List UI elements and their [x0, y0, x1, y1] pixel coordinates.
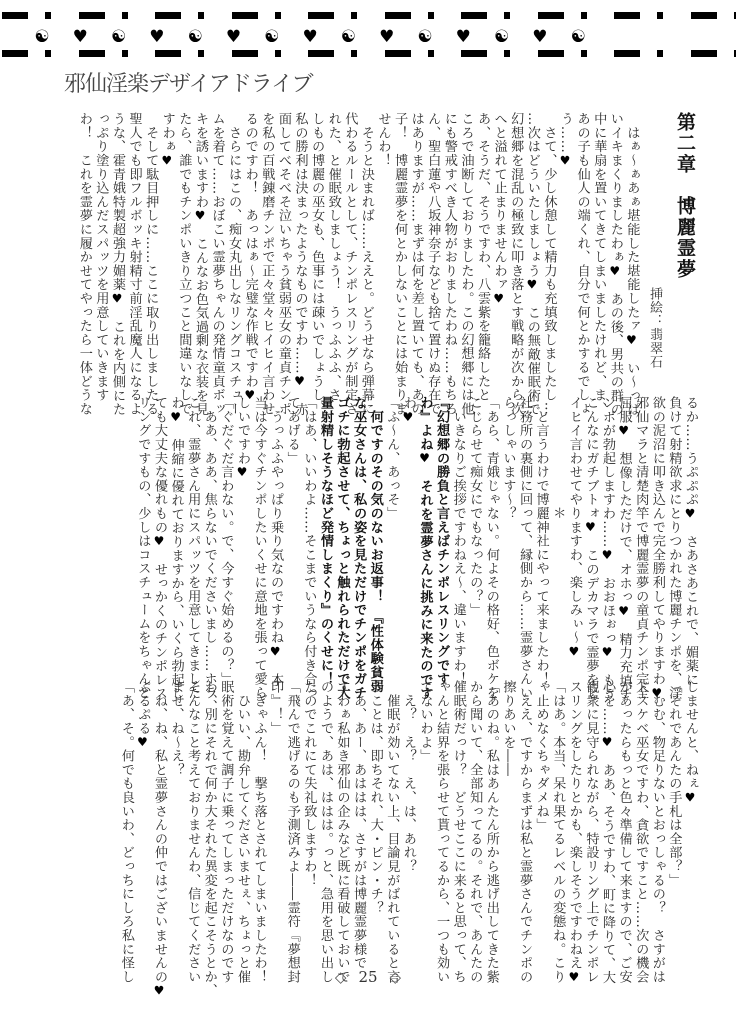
heart-icon: ♥ [525, 278, 539, 293]
dash-segment [2, 50, 28, 57]
dash-segment [2, 12, 28, 19]
heart-icon: ♥ [608, 264, 622, 279]
text-column: 観衆に見守られながら、特設リング上でチンポレ [582, 680, 599, 938]
text-column: ね、ね、私と霊夢さんの仲ではございませんの♥ [150, 680, 167, 938]
text-column: こんなにガチブトォ♥ このデカマラで霊夢をヒ [582, 396, 599, 654]
dash-segment [538, 12, 564, 19]
text-column: ぷるぷる♥ [134, 680, 151, 938]
heart-icon: ♥ [268, 644, 282, 659]
page-footer: ◇25◇ [0, 968, 736, 986]
dash-segment [538, 50, 564, 57]
text-column: 眠術を覚えて調子に乗ってしまっただけなのです [217, 680, 234, 938]
text-column: あ、そうだ、そうですわ、八雲紫を籠絡したと [473, 112, 490, 370]
heart-icon: ♥ [169, 410, 183, 425]
text-column: そうと決まれば……ええと。どうせなら弾幕に [357, 112, 374, 370]
text-column: へと溢れて止まりませんわァ♥ [490, 112, 507, 370]
dash-segment [461, 50, 487, 57]
text-column: 「あら、青娥じゃない。何よその格好、色ボケを [482, 396, 499, 654]
text-column: うっふふやっぱり乗り気なのですわね♥ 本 [267, 396, 284, 654]
text-column: スリングをしたりとかも、楽しそうですわねえ♥ [565, 680, 582, 938]
text-column: ええ、ですからまずは私と霊夢さんでチンポの [515, 680, 532, 938]
text-column: むむ、物足りないとおっしゃるの？ さすがは [648, 680, 665, 938]
text-column: 『幻想郷の勝負と言えばチンポレスリングです [433, 396, 450, 654]
text-column: しませんと、ねぇ♥ [681, 680, 698, 938]
text-column: 印』！」 [267, 680, 284, 938]
text-tier-top: 第二章 博麗霊夢 挿絵：翡翠石 はぁ～ぁあぁ堪能した堪能したァ♥ い～っぱいイキ… [75, 112, 698, 370]
dot-segment [45, 50, 51, 57]
text-column: これ、霊夢さん用にスパッツを用意してきました [184, 396, 201, 654]
heart-icon: ♥ [617, 424, 631, 439]
text-column: ませ、ね～え？ [167, 680, 184, 938]
section-separator: ＊ [549, 396, 566, 654]
chapter-heading: 第二章 博麗霊夢 [672, 112, 698, 370]
dot-segment [45, 12, 51, 19]
dot-segment [198, 12, 204, 19]
text-column: しもの博麗の巫女も、色事には疎いでしょうし、 [308, 112, 325, 370]
heart-icon: ♥ [558, 153, 572, 168]
text-column: があったらもっと色々準備して来ますので、ご安 [615, 680, 632, 938]
yin-yang-icon: ☯ [569, 26, 587, 48]
text-column: すわぁ私如き邪仙の企みなど既に看破しておいで [333, 680, 350, 938]
text-column: ゃ止めなくちゃダメね」 [532, 680, 549, 938]
text-column: 面してべそべそ泣いちゃう貧弱巫女の童貞チンポ [274, 112, 291, 370]
dot-segment [657, 50, 663, 57]
text-column: ても大丈夫な優れもの♥ せっかくのチンポレス [150, 396, 167, 654]
text-column: ころで油断しておりましたわ。この幻想郷には他 [457, 112, 474, 370]
heart-icon: ♥ [110, 291, 124, 306]
text-column: 「ぐだぐだ言わない。で、今すぐ始めるの？」 [217, 396, 234, 654]
heart-icon: ♥ [378, 26, 396, 48]
text-column: 量射精しそうなほど発情しまくり』のくせに！ [316, 396, 333, 654]
heart-icon: ♥ [600, 548, 614, 563]
text-column: うことは、即ちそれ、大・ピン・チ？ [366, 680, 383, 938]
text-column: う……♥ [556, 112, 573, 370]
text-column: ああ、ああ、焦らないでくださいまし……ホラ、 [200, 396, 217, 654]
text-column: わ♥ 伸縮に優れておりますから、いくら勃起し [167, 396, 184, 654]
text-column: ムを着て……おぼこい霊夢ちゃんの発情童貞ボッ [208, 112, 225, 370]
heart-icon: ♥ [600, 645, 614, 660]
heart-icon: ♥ [301, 26, 319, 48]
text-column: にも警戒すべき人物がおりましたわね……もちろ [440, 112, 457, 370]
text-column: こじらせて痴女にでもなったの？」 [466, 396, 483, 654]
text-column: 「はあ。本当、呆れ果てるレベルの変態ね。こり [549, 680, 566, 938]
text-column: さて、少し休憩して精力も充填致しましたし… [540, 112, 557, 370]
dash-row-top [0, 12, 736, 19]
text-column: な巫女さんは、私の姿を見ただけでチンポをガチ [350, 396, 367, 654]
dot-segment [122, 12, 128, 19]
text-column: すわぁ♥ [158, 112, 175, 370]
text-column: 「あのね。私はあんたん所から逃げ出してきた紫 [482, 680, 499, 938]
text-column: あ、あー、あははは、さすがは博麗霊夢様で [350, 680, 367, 938]
dash-segment [461, 12, 487, 19]
text-column: 幻想郷を混乱の極致に叩き落とす戦略が次から次 [507, 112, 524, 370]
text-column: 「ふ～ん、あっそ」 [383, 396, 400, 654]
text-column: 催眠が効いてない上、目論見がばれていると言 [383, 680, 400, 938]
text-column: ゃんと結界を張らせて貰ってるから、一つも効い [433, 680, 450, 938]
dash-segment [614, 50, 640, 57]
dot-segment [657, 12, 663, 19]
yin-yang-icon: ☯ [186, 26, 204, 48]
heart-icon: ♥ [492, 291, 506, 306]
dash-segment [308, 12, 334, 19]
heart-icon: ♥ [418, 451, 432, 466]
heart-icon: ♥ [617, 604, 631, 619]
heart-icon: ♥ [683, 506, 697, 521]
dash-segment [79, 50, 105, 57]
text-column: っぷり塗り込んだスパッツを用意していきます [92, 112, 109, 370]
heart-icon: ♥ [567, 644, 581, 659]
text-column: れた、と催眠致しましょう！ うっふふふ、さ [324, 112, 341, 370]
dash-segment [691, 12, 717, 19]
text-column: から聞いて、全部知ってるの。それで、あんたの [466, 680, 483, 938]
dash-segment [232, 50, 258, 57]
text-column: 負けて射精欲求にとりつかれた博麗チンポを、淫 [665, 396, 682, 654]
dash-row-bottom [0, 50, 736, 57]
text-column: そして駄目押しに……ここに取り出しましたる [142, 112, 159, 370]
dot-segment [428, 50, 434, 57]
text-column: いイキまくりましたわぁ♥ あの後、男共の群の [606, 112, 623, 370]
dash-segment [385, 12, 411, 19]
heart-icon: ♥ [683, 790, 697, 805]
text-column: ひいい、勘弁してくださいませぇ、ちょっと催 [233, 680, 250, 938]
dot-segment [581, 50, 587, 57]
text-column: 「あ、そ。何でも良いわ、どっちにしろ私に怪し [117, 680, 134, 938]
heart-icon: ♥ [624, 333, 638, 348]
yin-yang-icon: ☯ [493, 26, 511, 48]
heart-icon: ♥ [235, 465, 249, 480]
text-column: ドスケベ巫女ですわ、貪欲ですこと……次の機会 [632, 680, 649, 938]
dot-segment [275, 50, 281, 57]
text-column: 擦りあいを―― [499, 680, 516, 938]
text-column: そんなこと考えておりませんわ、信じてください [184, 680, 201, 938]
heart-icon: ♥ [600, 735, 614, 750]
diamond-icon-left: ◇ [335, 968, 347, 986]
dash-segment [79, 12, 105, 19]
text-column: キを誘いますわ♥ こんなお色気過剰な衣装を見 [191, 112, 208, 370]
heart-icon: ♥ [583, 520, 597, 535]
text-column: あの子も仙人の端くれ、自分で何とかするでしょ [573, 112, 590, 370]
text-column: わ、別にそれで何か大それた異変を起こそうとか、 [200, 680, 217, 938]
text-column: さらにはこの、痴女丸出しなリングコスチュー [225, 112, 242, 370]
text-column: ぎゃふん！ 撃ち落とされてしまいましたわ！ [250, 680, 267, 938]
yin-yang-icon: ☯ [33, 26, 51, 48]
text-column: らっしゃいます～？ [499, 396, 516, 654]
dash-segment [308, 50, 334, 57]
text-column: るか……うぷぷぷ♥ さあさあこれで、媚薬に [681, 396, 698, 654]
dot-segment [198, 50, 204, 57]
text-column: ん、聖白蓮や八坂神奈子なども捨て置けぬ存在で [424, 112, 441, 370]
text-column: 聖人でも即フルボッキ射精寸前淫乱魔人になるよ [125, 112, 142, 370]
dash-segment [232, 12, 258, 19]
dot-segment [122, 50, 128, 57]
text-column: 心を……♥ ああ、そうですわ、町に降りて、大 [598, 680, 615, 938]
dot-segment [428, 12, 434, 19]
dash-segment [155, 12, 181, 19]
text-column: 社務所の裏側に回って、縁側から……霊夢さんい [515, 396, 532, 654]
heart-icon: ♥ [148, 26, 166, 48]
text-column: ンポが勃起しますわ……♥ おおほぉっ♥ もう [598, 396, 615, 654]
page-number: 25 [358, 968, 377, 986]
text-column: わ♥ [399, 396, 416, 654]
heart-icon: ♥ [401, 410, 415, 425]
dash-segment [691, 50, 717, 57]
text-column: 私の勝利は決まったようなものですわ……♥ 赤 [291, 112, 308, 370]
text-column: ゴチに勃起させて、ちょっと触れられただけで大 [333, 396, 350, 654]
text-column: 代わるルールとして、チンポレスリングが制定さ [341, 112, 358, 370]
text-column: てないわよ」 [416, 680, 433, 938]
decorative-border: ☯♥☯♥☯♥☯♥☯♥☯♥☯♥☯ [0, 8, 736, 62]
dot-segment [351, 50, 357, 57]
text-column: 邪仙マラと清楚肉竿で博麗霊夢の童貞チンポ完全 [632, 396, 649, 654]
text-column: リングですもの、少しはコスチュームをちゃんと [134, 396, 151, 654]
text-column: 催眠術だっけ？ どうせここに来ると思って、ち [449, 680, 466, 938]
diamond-icon-right: ◇ [390, 968, 402, 986]
dash-segment [155, 50, 181, 57]
text-column: てあげる」 [283, 396, 300, 654]
dot-segment [275, 12, 281, 19]
text-column: うな、霍青娥特製超強力媚薬♥ これを内側にた [108, 112, 125, 370]
dot-segment [504, 50, 510, 57]
text-column: しいですわ♥ [233, 396, 250, 654]
heart-icon: ♥ [225, 26, 243, 48]
text-tier-bottom: しませんと、ねぇ♥「それであんたの手札は全部？」 むむ、物足りないとおっしゃるの… [117, 680, 698, 938]
text-column: え？ え？ え、は、あれ？ [399, 680, 416, 938]
text-column: たら、誰でもチンポいきり立つこと間違いなしで [175, 112, 192, 370]
book-title: 邪仙淫楽デザイアドライブ [64, 67, 312, 98]
heart-icon: ♥ [293, 374, 307, 389]
yin-yang-icon: ☯ [110, 26, 128, 48]
heart-icon: ♥ [454, 26, 472, 48]
text-column: はぁ～ぁあぁ堪能した堪能したァ♥ い～っぱ [623, 112, 640, 370]
text-tier-middle: るか……うぷぷぷ♥ さあさあこれで、媚薬に負けて射精欲求にとりつかれた博麗チンポ… [134, 396, 698, 654]
text-column: はありますが……まずは何を差し置いても、あの [407, 112, 424, 370]
text-column: と言うわけで博麗神社にやって来ましたわ！ [532, 396, 549, 654]
illustrator-credit: 挿絵：翡翠石 [645, 112, 662, 370]
text-column: るのですわ！ あっはぁ～完璧な作戦ですわ♥ [241, 112, 258, 370]
text-column: 欲の泥沼に叩き込んで完全勝利してやりますわ♥ [648, 396, 665, 654]
text-column: …次はどういたしましょう♥ この無敵催眠術で [523, 112, 540, 370]
heart-icon: ♥ [531, 26, 549, 48]
text-column: わ！ これを霊夢に履かせてやったら一体どうな [75, 112, 92, 370]
text-column: 何ですのその気のないお返事！ 『性体験貧弱 [366, 396, 383, 654]
heart-icon: ♥ [160, 153, 174, 168]
text-column: のようで、あは、ははは。っと、急用を思い出し [316, 680, 333, 938]
heart-icon: ♥ [135, 735, 149, 750]
text-column: を私の百戦錬磨チンポで正々堂々ヒイヒイ言わせ [258, 112, 275, 370]
text-column: 中に華扇を置いてきてしまいましたけれど、ま、 [590, 112, 607, 370]
text-column: 「飛んで逃げるのも予測済みよ――霊符『夢想封 [283, 680, 300, 938]
text-column: 子！ 博麗霊夢を何とかしないことには始まりま [391, 112, 408, 370]
dot-segment [351, 12, 357, 19]
dot-segment [504, 12, 510, 19]
text-column: イヒイ言わせてやりますわ、楽しみぃ～♥ [565, 396, 582, 654]
text-column: 「それであんたの手札は全部？」 [665, 680, 682, 938]
text-column: せんわ！ [374, 112, 391, 370]
text-column: 当は今すぐチンポしたいくせに意地を張って愛ら [250, 396, 267, 654]
text-column: たのでこれにて失礼致しますわ！ [300, 680, 317, 938]
yin-yang-icon: ☯ [263, 26, 281, 48]
text-column: わ』よね♥ それを霊夢さんに挑みに来たのです [416, 396, 433, 654]
text-column: いきなりご挨拶ですわねえ～、違いますわ！ [449, 396, 466, 654]
dash-segment [385, 50, 411, 57]
heart-icon: ♥ [193, 209, 207, 224]
dot-segment [581, 12, 587, 19]
text-column: 「はあ、いいわよ……そこまでいうなら付き合っ [300, 396, 317, 654]
dash-segment [614, 12, 640, 19]
text-column: 屈服♥ 想像しただけで、オホっ♥ 精力充填チ [615, 396, 632, 654]
heart-icon: ♥ [71, 26, 89, 48]
heart-icon: ♥ [152, 534, 166, 549]
yin-yang-icon: ☯ [416, 26, 434, 48]
icon-row: ☯♥☯♥☯♥☯♥☯♥☯♥☯♥☯ [0, 26, 736, 48]
yin-yang-icon: ☯ [339, 26, 357, 48]
